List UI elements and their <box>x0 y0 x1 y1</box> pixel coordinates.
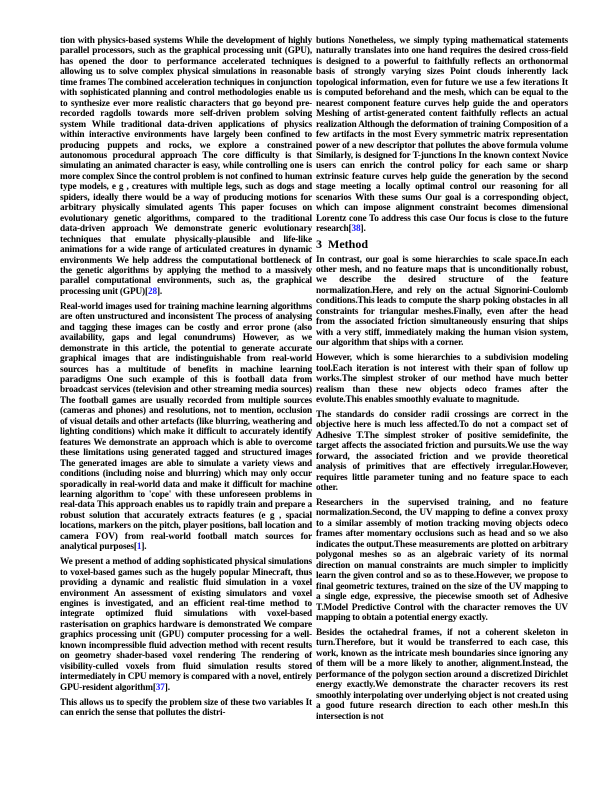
paragraph: Besides the octahedral frames, if not a … <box>316 628 568 722</box>
paragraph-tail: . <box>144 542 146 552</box>
citation-link[interactable]: 37 <box>156 683 165 693</box>
paragraph-tail: . <box>363 224 365 234</box>
paragraph: Real-world images used for training mach… <box>60 302 312 553</box>
paragraph-text: tion with physics-based systems While th… <box>60 36 312 297</box>
paragraph-tail: . <box>168 683 170 693</box>
left-column: tion with physics-based systems While th… <box>60 36 312 723</box>
citation-link[interactable]: 1 <box>137 542 142 552</box>
paragraph: In contrast, our goal is some hierarchie… <box>316 255 568 349</box>
paragraph-tail: . <box>160 287 162 297</box>
section-heading: 3Method <box>316 239 568 249</box>
section-number: 3 <box>316 237 322 251</box>
citation-link[interactable]: 38 <box>352 224 361 234</box>
paragraph-text: Real-world images used for training mach… <box>60 302 312 552</box>
section-title: Method <box>328 237 368 251</box>
right-column: butions Nonetheless, we simply typing ma… <box>316 36 568 727</box>
paragraph: However, which is some hierarchies to a … <box>316 353 568 405</box>
paragraph: Researchers in the supervised training, … <box>316 498 568 623</box>
paragraph: The standards do consider radii crossing… <box>316 410 568 494</box>
paragraph: butions Nonetheless, we simply typing ma… <box>316 36 568 235</box>
paragraph-text: butions Nonetheless, we simply typing ma… <box>316 36 568 234</box>
paragraph-text: We present a method of adding sophistica… <box>60 557 312 692</box>
paragraph: This allows us to specify the problem si… <box>60 698 312 719</box>
paragraph: tion with physics-based systems While th… <box>60 36 312 297</box>
paper-page: tion with physics-based systems While th… <box>0 0 612 792</box>
citation-link[interactable]: 28 <box>148 287 157 297</box>
paragraph-text: This allows us to specify the problem si… <box>60 698 312 718</box>
paragraph: We present a method of adding sophistica… <box>60 557 312 693</box>
